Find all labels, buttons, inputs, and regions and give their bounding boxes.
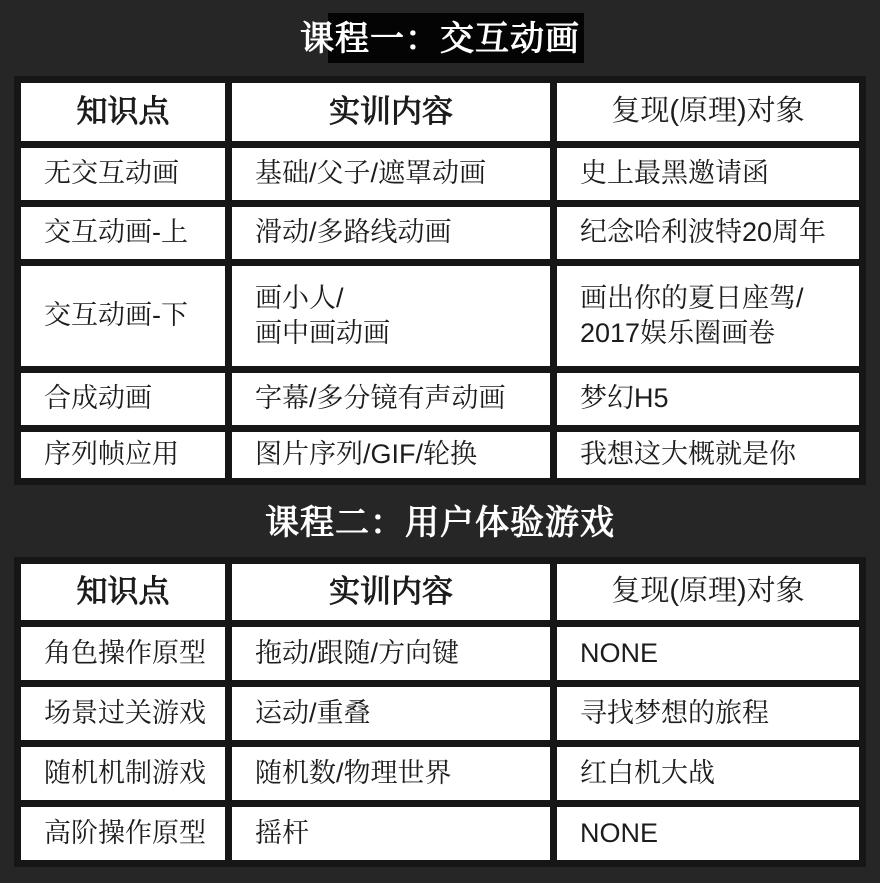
table-row: 序列帧应用 图片序列/GIF/轮换 我想这大概就是你	[21, 432, 859, 478]
course-table-2: 知识点 实训内容 复现(原理)对象 角色操作原型 拖动/跟随/方向键 NONE …	[14, 557, 866, 867]
table-row: 合成动画 字幕/多分镜有声动画 梦幻H5	[21, 373, 859, 425]
header-cell-target: 复现(原理)对象	[557, 564, 859, 620]
table-cell: 序列帧应用	[21, 432, 225, 478]
table-cell: 合成动画	[21, 373, 225, 425]
table-cell: 随机机制游戏	[21, 747, 225, 800]
table-cell: 无交互动画	[21, 148, 225, 200]
table-cell: 随机数/物理世界	[232, 747, 550, 800]
table-row: 角色操作原型 拖动/跟随/方向键 NONE	[21, 627, 859, 680]
course-table-1: 知识点 实训内容 复现(原理)对象 无交互动画 基础/父子/遮罩动画 史上最黑邀…	[14, 76, 866, 485]
table-cell: 基础/父子/遮罩动画	[232, 148, 550, 200]
table-cell: 红白机大战	[557, 747, 859, 800]
table-cell: 寻找梦想的旅程	[557, 687, 859, 740]
header-cell-target: 复现(原理)对象	[557, 83, 859, 141]
table-cell: 角色操作原型	[21, 627, 225, 680]
table-cell: 我想这大概就是你	[557, 432, 859, 478]
table-cell: NONE	[557, 807, 859, 860]
table-row: 无交互动画 基础/父子/遮罩动画 史上最黑邀请函	[21, 148, 859, 200]
table-cell: 场景过关游戏	[21, 687, 225, 740]
header-cell-training: 实训内容	[232, 564, 550, 620]
table-row: 高阶操作原型 摇杆 NONE	[21, 807, 859, 860]
table-header-row: 知识点 实训内容 复现(原理)对象	[21, 83, 859, 141]
course-section-1: 课程一：交互动画 知识点 实训内容 复现(原理)对象 无交互动画 基础/父子/遮…	[0, 14, 880, 485]
table-row: 交互动画-下 画小人/ 画中画动画 画出你的夏日座驾/ 2017娱乐圈画卷	[21, 266, 859, 366]
header-cell-knowledge: 知识点	[21, 564, 225, 620]
page-background: { "colors": { "page_background": "#26262…	[0, 0, 880, 883]
section-2-title-wrap: 课程二：用户体验游戏	[265, 498, 615, 548]
course-section-2: 课程二：用户体验游戏 知识点 实训内容 复现(原理)对象 角色操作原型 拖动/跟…	[0, 498, 880, 867]
section-1-title: 课程一：交互动画	[300, 14, 580, 64]
section-2-title: 课程二：用户体验游戏	[265, 498, 615, 548]
table-cell: 字幕/多分镜有声动画	[232, 373, 550, 425]
table-cell: 高阶操作原型	[21, 807, 225, 860]
table-cell: 梦幻H5	[557, 373, 859, 425]
table-row: 场景过关游戏 运动/重叠 寻找梦想的旅程	[21, 687, 859, 740]
table-row: 交互动画-上 滑动/多路线动画 纪念哈利波特20周年	[21, 207, 859, 259]
table-cell: 纪念哈利波特20周年	[557, 207, 859, 259]
table-cell: 运动/重叠	[232, 687, 550, 740]
table-cell: 史上最黑邀请函	[557, 148, 859, 200]
section-1-title-wrap: 课程一：交互动画	[300, 14, 580, 64]
table-cell: 摇杆	[232, 807, 550, 860]
table-cell: 画出你的夏日座驾/ 2017娱乐圈画卷	[557, 266, 859, 366]
table-cell: 画小人/ 画中画动画	[232, 266, 550, 366]
table-cell: 拖动/跟随/方向键	[232, 627, 550, 680]
header-cell-training: 实训内容	[232, 83, 550, 141]
header-cell-knowledge: 知识点	[21, 83, 225, 141]
table-cell: 交互动画-上	[21, 207, 225, 259]
table-header-row: 知识点 实训内容 复现(原理)对象	[21, 564, 859, 620]
table-cell: 图片序列/GIF/轮换	[232, 432, 550, 478]
table-cell: 滑动/多路线动画	[232, 207, 550, 259]
table-cell: 交互动画-下	[21, 266, 225, 366]
table-row: 随机机制游戏 随机数/物理世界 红白机大战	[21, 747, 859, 800]
table-cell: NONE	[557, 627, 859, 680]
